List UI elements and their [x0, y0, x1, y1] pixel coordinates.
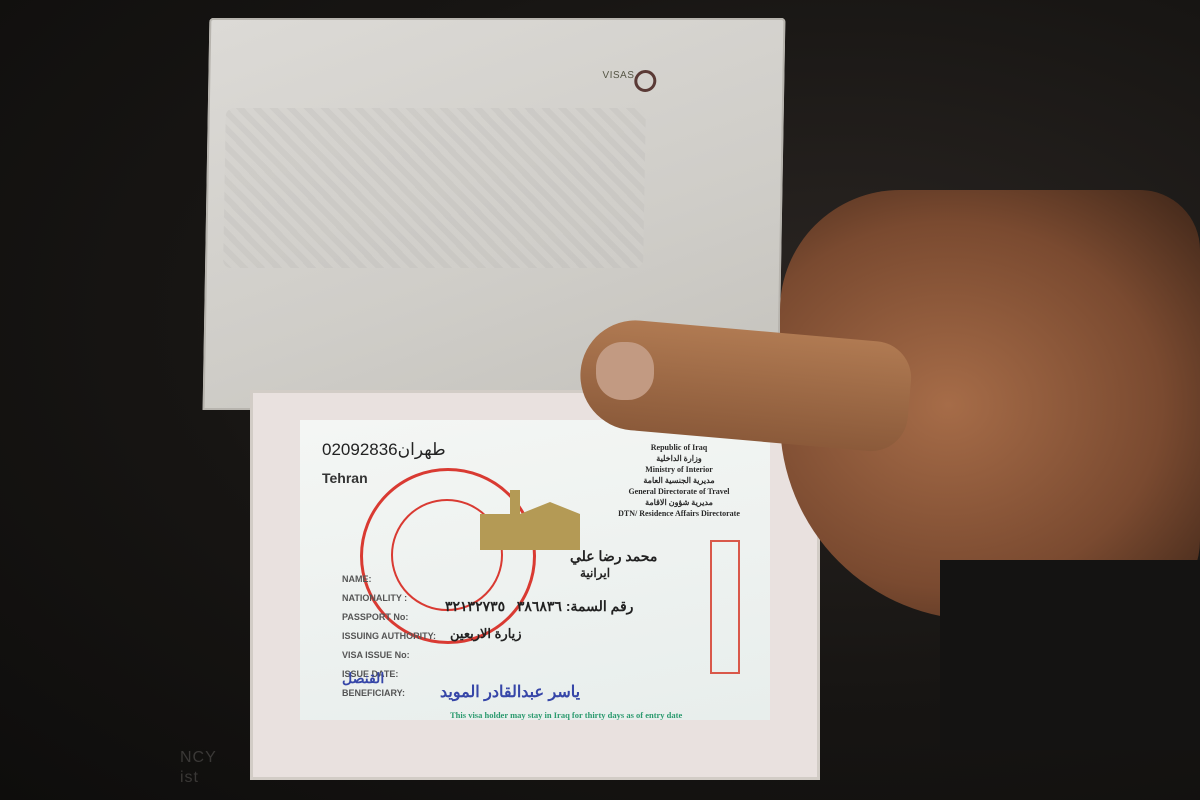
page-marker-icon: [634, 70, 656, 92]
consul-stamp: القنصل: [342, 670, 384, 687]
hand: [580, 190, 1200, 750]
visas-header: VISAS: [602, 70, 634, 81]
visa-type: زيارة الاربعين: [450, 626, 522, 642]
visa-serial: طهران02092836: [322, 440, 446, 460]
thumbnail: [596, 342, 654, 400]
visa-city: Tehran: [322, 470, 368, 486]
officer-signature: ياسر عبدالقادر المويد: [440, 682, 580, 702]
sleeve: [940, 560, 1200, 750]
